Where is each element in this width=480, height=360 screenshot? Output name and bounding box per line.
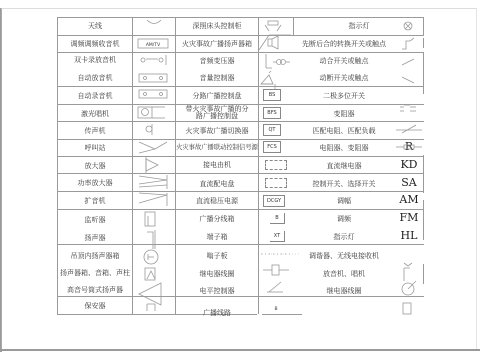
tuner-dashes: [0, 0, 480, 360]
